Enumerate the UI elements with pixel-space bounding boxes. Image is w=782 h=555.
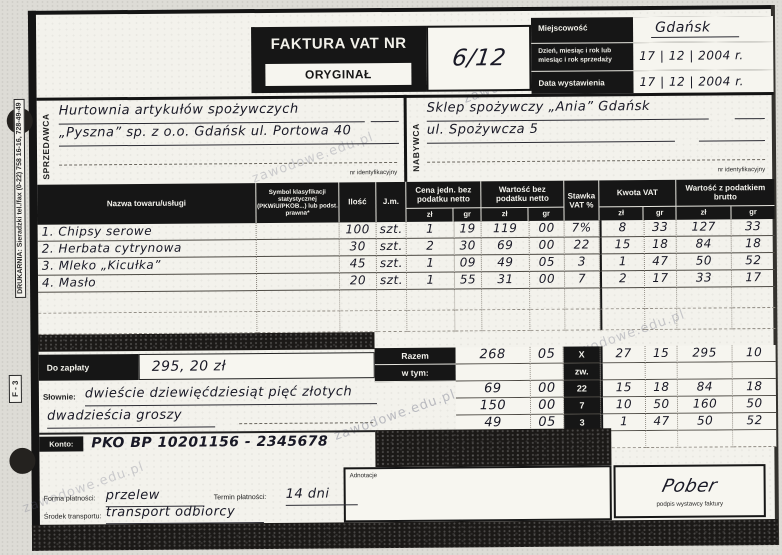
item-net-gr: 00 [530, 221, 565, 238]
place-label: Miejscowość [531, 17, 633, 42]
empty-cell [377, 290, 407, 311]
item-vat-zl: 1 [600, 254, 645, 271]
summary-vat-gr: 50 [646, 397, 678, 414]
item-net-gr: 00 [530, 238, 565, 255]
col-gross-sub: złgr [676, 205, 774, 220]
col-vat-header: Kwota VAT złgr [599, 180, 676, 221]
sale-date-label: Dzień, miesiąc i rok lub miesiąc i rok s… [531, 43, 633, 71]
summary-vat-gr [646, 431, 678, 448]
scanned-invoice: DRUKARNIA: Sieradzki tel./fax (0-22) 758… [0, 0, 782, 555]
empty-cell [38, 312, 257, 335]
item-price-zl: 1 [407, 221, 455, 238]
empty-cell [482, 289, 530, 310]
item-unit: szt. [377, 273, 407, 290]
item-unit: szt. [377, 256, 407, 273]
buyer-line1: Sklep spożywczy „Ania” Gdańsk [427, 99, 709, 122]
words-line2: dwadzieścia groszy [47, 407, 215, 428]
col-vat-rate-header: Stawka VAT % [564, 180, 599, 220]
buyer-label: NABYWCA [411, 123, 421, 172]
summary-vat-gr: 47 [646, 414, 678, 431]
item-vat-rate: 7 [565, 271, 600, 288]
empty-cell [530, 310, 565, 331]
buyer-tax-id-label: nr identyfikacyjny [660, 166, 765, 174]
invoice-number: 6/12 [450, 45, 507, 71]
summary-vat-zl: 27 [601, 346, 646, 363]
col-unit-price-header: Cena jedn. bez podatku netto złgr [406, 181, 481, 222]
empty-cell [732, 308, 775, 329]
item-vat-gr: 47 [645, 254, 677, 271]
seller-tax-id-label: nr identyfikacyjny [297, 169, 397, 177]
items-table-header: Nazwa towaru/usługi Symbol klasyfikacji … [37, 179, 774, 225]
item-vat-zl: 2 [600, 271, 645, 288]
seller-line2: „Pyszna” sp. z o.o. Gdańsk ul. Portowa 4… [59, 123, 399, 147]
hole-punch-bottom [9, 448, 35, 474]
spacer [646, 448, 678, 465]
place-value-area: Gdańsk [633, 16, 773, 42]
notes-label: Adnotacje [350, 472, 378, 479]
printer-info-text: DRUKARNIA: Sieradzki tel./fax (0-22) 758… [16, 102, 25, 293]
empty-cell [600, 288, 645, 309]
summary-vat-zl: 10 [601, 397, 646, 414]
item-gross-gr: 17 [732, 270, 775, 287]
summary-vat-gr: 15 [646, 346, 678, 363]
empty-cell [407, 289, 455, 310]
account-value: PKO BP 10201156 - 2345678 [91, 433, 328, 451]
summary-gross-gr: 18 [733, 379, 776, 396]
summary-gross-gr: 52 [733, 413, 776, 430]
issue-date-value-area: 17 | 12 | 2004 r. [633, 70, 773, 94]
col-unit-price-sub: złgr [406, 207, 480, 222]
summary-vat-gr: 18 [646, 380, 678, 397]
spacer [678, 447, 733, 464]
item-net-gr: 00 [530, 272, 565, 289]
zl-label: zł [481, 208, 529, 221]
item-symbol [257, 273, 340, 291]
summary-gross-zl [678, 362, 733, 379]
item-qty: 20 [340, 273, 377, 290]
zl-label: zł [599, 207, 644, 220]
item-vat-gr: 18 [645, 237, 677, 254]
summary-gross-zl [678, 430, 733, 447]
col-net-title: Wartość bez podatku netto [481, 181, 563, 208]
issue-date-row: Data wystawienia 17 | 12 | 2004 r. [531, 70, 773, 94]
transport-value: transport odbiorcy [106, 504, 264, 524]
empty-cell [732, 287, 775, 308]
item-symbol [257, 256, 340, 274]
account-label-box: Konto: [39, 436, 83, 451]
copy-type-box: ORYGINAŁ [265, 63, 411, 86]
col-qty-header: Ilość [339, 182, 376, 222]
due-value: 295, 20 zł [140, 358, 226, 375]
col-vat-title: Kwota VAT [599, 180, 675, 207]
item-net-zl: 31 [482, 272, 530, 289]
item-vat-rate: 3 [565, 254, 600, 271]
summary-gross-gr: 10 [733, 345, 776, 362]
item-price-zl: 1 [407, 272, 455, 289]
summary-rate: 22 [564, 380, 601, 397]
item-price-zl: 1 [407, 255, 455, 272]
summary-vat-gr [646, 363, 678, 380]
form-code-text: F - 3 [11, 380, 20, 397]
issue-date-value: 17 | 12 | 2004 r. [639, 74, 743, 89]
item-symbol [257, 239, 340, 257]
invoice-title: FAKTURA VAT NR [251, 26, 426, 53]
item-vat-rate: 7% [565, 220, 600, 237]
summary-gross-gr [733, 362, 776, 379]
words-label: Słownie: [43, 392, 76, 401]
spacer [375, 381, 456, 399]
empty-cell [677, 308, 732, 329]
item-gross-gr: 18 [732, 236, 775, 253]
col-gross-title: Wartość z podatkiem brutto [676, 179, 774, 206]
due-value-box: 295, 20 zł [139, 352, 375, 380]
item-unit: szt. [377, 239, 407, 256]
summary-net-zl: 150 [456, 398, 531, 416]
place-row: Miejscowość Gdańsk [531, 16, 773, 44]
col-gross-header: Wartość z podatkiem brutto złgr [676, 179, 774, 220]
empty-cell [677, 287, 732, 308]
summary-net-gr: 00 [531, 398, 564, 415]
empty-cell [340, 311, 377, 332]
buyer-line2-extra [699, 128, 765, 142]
item-gross-zl: 33 [677, 270, 732, 287]
empty-cell [530, 289, 565, 310]
col-net-header: Wartość bez podatku netto złgr [481, 181, 564, 222]
seller-blank-line [59, 150, 397, 166]
summary-rate: X [564, 346, 601, 363]
words-blank-line [239, 410, 373, 424]
empty-cell [455, 289, 482, 310]
item-price-gr: 09 [455, 255, 482, 272]
empty-cell [565, 288, 600, 309]
seller-line1-extra [371, 109, 399, 122]
col-unit-header: J.m. [376, 182, 406, 222]
summary-net-zl: 69 [456, 381, 531, 399]
spacer [375, 398, 456, 416]
empty-cell [455, 310, 482, 331]
col-symbol-header: Symbol klasyfikacji statystycznej (PKWiU… [256, 182, 339, 223]
item-price-gr: 19 [455, 221, 482, 238]
words-line1: dwieście dziewięćdziesiąt pięć złotych [85, 384, 377, 406]
zl-label: zł [406, 209, 453, 222]
gr-label: gr [529, 208, 564, 221]
item-qty: 100 [340, 222, 377, 239]
gr-label: gr [731, 206, 774, 219]
col-vat-sub: złgr [599, 206, 675, 221]
invoice-title-box: FAKTURA VAT NR ORYGINAŁ [251, 26, 427, 93]
sale-date-value: 17 | 12 | 2004 r. [639, 48, 743, 63]
buyer-line1-extra [735, 106, 765, 119]
item-vat-zl: 15 [600, 237, 645, 254]
summary-net-gr: 05 [531, 347, 564, 364]
summary-net-zl [456, 364, 531, 382]
empty-cell [482, 310, 530, 331]
spacer [733, 447, 776, 464]
signature-caption: podpis wystawcy faktury [616, 500, 764, 508]
summary-gross-zl: 84 [678, 379, 733, 396]
razem-label: Razem [375, 347, 456, 365]
item-vat-rate: 22 [565, 237, 600, 254]
item-gross-gr: 52 [732, 253, 775, 270]
item-net-gr: 05 [530, 255, 565, 272]
gr-label: gr [644, 207, 676, 220]
item-vat-gr: 33 [645, 220, 677, 237]
item-name: 3. Mleko „Kicułka” [38, 257, 257, 276]
empty-cell [645, 309, 677, 330]
summary-vat-zl [601, 363, 646, 380]
col-name-header: Nazwa towaru/usługi [37, 183, 256, 225]
notes-box: Adnotacje [343, 465, 611, 522]
col-net-sub: złgr [481, 207, 563, 222]
summary-gross-gr: 50 [733, 396, 776, 413]
signature-box: Pober podpis wystawcy faktury [613, 464, 765, 518]
payment-term-value: 14 dni [286, 486, 358, 506]
item-qty: 45 [340, 256, 377, 273]
item-vat-zl: 8 [600, 220, 645, 237]
summary-gross-zl: 295 [678, 345, 733, 362]
item-name: 1. Chipsy serowe [38, 223, 257, 242]
invoice-number-box: 6/12 [426, 25, 532, 92]
due-label: Do zapłaty [39, 362, 90, 372]
wtym-label: w tym: [375, 364, 456, 382]
summary-gross-zl: 160 [678, 396, 733, 413]
buyer-line2: ul. Spożywcza 5 [427, 121, 675, 144]
empty-cell [645, 288, 677, 309]
item-price-gr: 55 [455, 272, 482, 289]
due-label-box: Do zapłaty [39, 354, 139, 381]
copy-type-label: ORYGINAŁ [305, 67, 372, 82]
signature: Pober [613, 475, 766, 497]
sale-date-row: Dzień, miesiąc i rok lub miesiąc i rok s… [531, 42, 773, 72]
summary-rate: zw. [564, 363, 601, 380]
form-code-box: F - 3 [9, 374, 22, 403]
summary-rate: 7 [564, 397, 601, 414]
summary-gross-gr [733, 430, 776, 447]
seller-label: SPRZEDAWCA [41, 113, 52, 180]
sale-date-label-line2: miesiąc i rok sprzedaży [538, 56, 633, 66]
item-gross-zl: 84 [677, 236, 732, 253]
printer-info: DRUKARNIA: Sieradzki tel./fax (0-22) 758… [14, 98, 27, 298]
summary-gross-zl: 50 [678, 413, 733, 430]
issue-date-label: Data wystawienia [531, 71, 633, 94]
summary-vat-zl: 15 [601, 380, 646, 397]
empty-cell [257, 311, 340, 333]
item-price-gr: 30 [455, 238, 482, 255]
buyer-blank-line [427, 147, 765, 163]
item-symbol [257, 222, 340, 240]
item-vat-gr: 17 [645, 271, 677, 288]
payment-term-label: Termin płatności: [214, 494, 267, 501]
summary-net-gr [531, 364, 564, 381]
payment-form-label: Forma płatności: [44, 495, 96, 502]
item-net-zl: 49 [482, 255, 530, 272]
separator-band [38, 332, 374, 352]
summary-net-zl: 268 [456, 347, 531, 365]
items-table: Nazwa towaru/usługi Symbol klasyfikacji … [37, 179, 775, 335]
item-name: 2. Herbata cytrynowa [38, 240, 257, 259]
item-net-zl: 69 [482, 238, 530, 255]
sale-date-value-area: 17 | 12 | 2004 r. [633, 42, 773, 70]
transport-label: Środek transportu: [44, 513, 102, 520]
seller-line1: Hurtownia artykułów spożywczych [59, 101, 365, 124]
empty-cell [257, 290, 340, 312]
dates-box: Miejscowość Gdańsk Dzień, miesiąc i rok … [531, 16, 774, 94]
col-unit-price-title: Cena jedn. bez podatku netto [406, 181, 480, 208]
empty-cell [407, 310, 455, 331]
empty-cell [340, 290, 377, 311]
empty-cell [600, 309, 645, 330]
account-label: Konto: [49, 439, 73, 448]
empty-cell [38, 291, 257, 314]
gr-label: gr [454, 208, 481, 221]
item-net-zl: 119 [482, 221, 530, 238]
item-qty: 30 [340, 239, 377, 256]
item-gross-zl: 127 [677, 219, 732, 236]
item-price-zl: 2 [407, 238, 455, 255]
item-gross-gr: 33 [732, 219, 775, 236]
empty-cell [565, 309, 600, 330]
place-value: Gdańsk [651, 20, 739, 39]
item-name: 4. Masło [38, 274, 257, 293]
summary-net-gr: 00 [531, 381, 564, 398]
dark-block [375, 428, 611, 467]
empty-cell [377, 311, 407, 332]
item-gross-zl: 50 [677, 253, 732, 270]
item-unit: szt. [377, 222, 407, 239]
zl-label: zł [676, 206, 731, 219]
